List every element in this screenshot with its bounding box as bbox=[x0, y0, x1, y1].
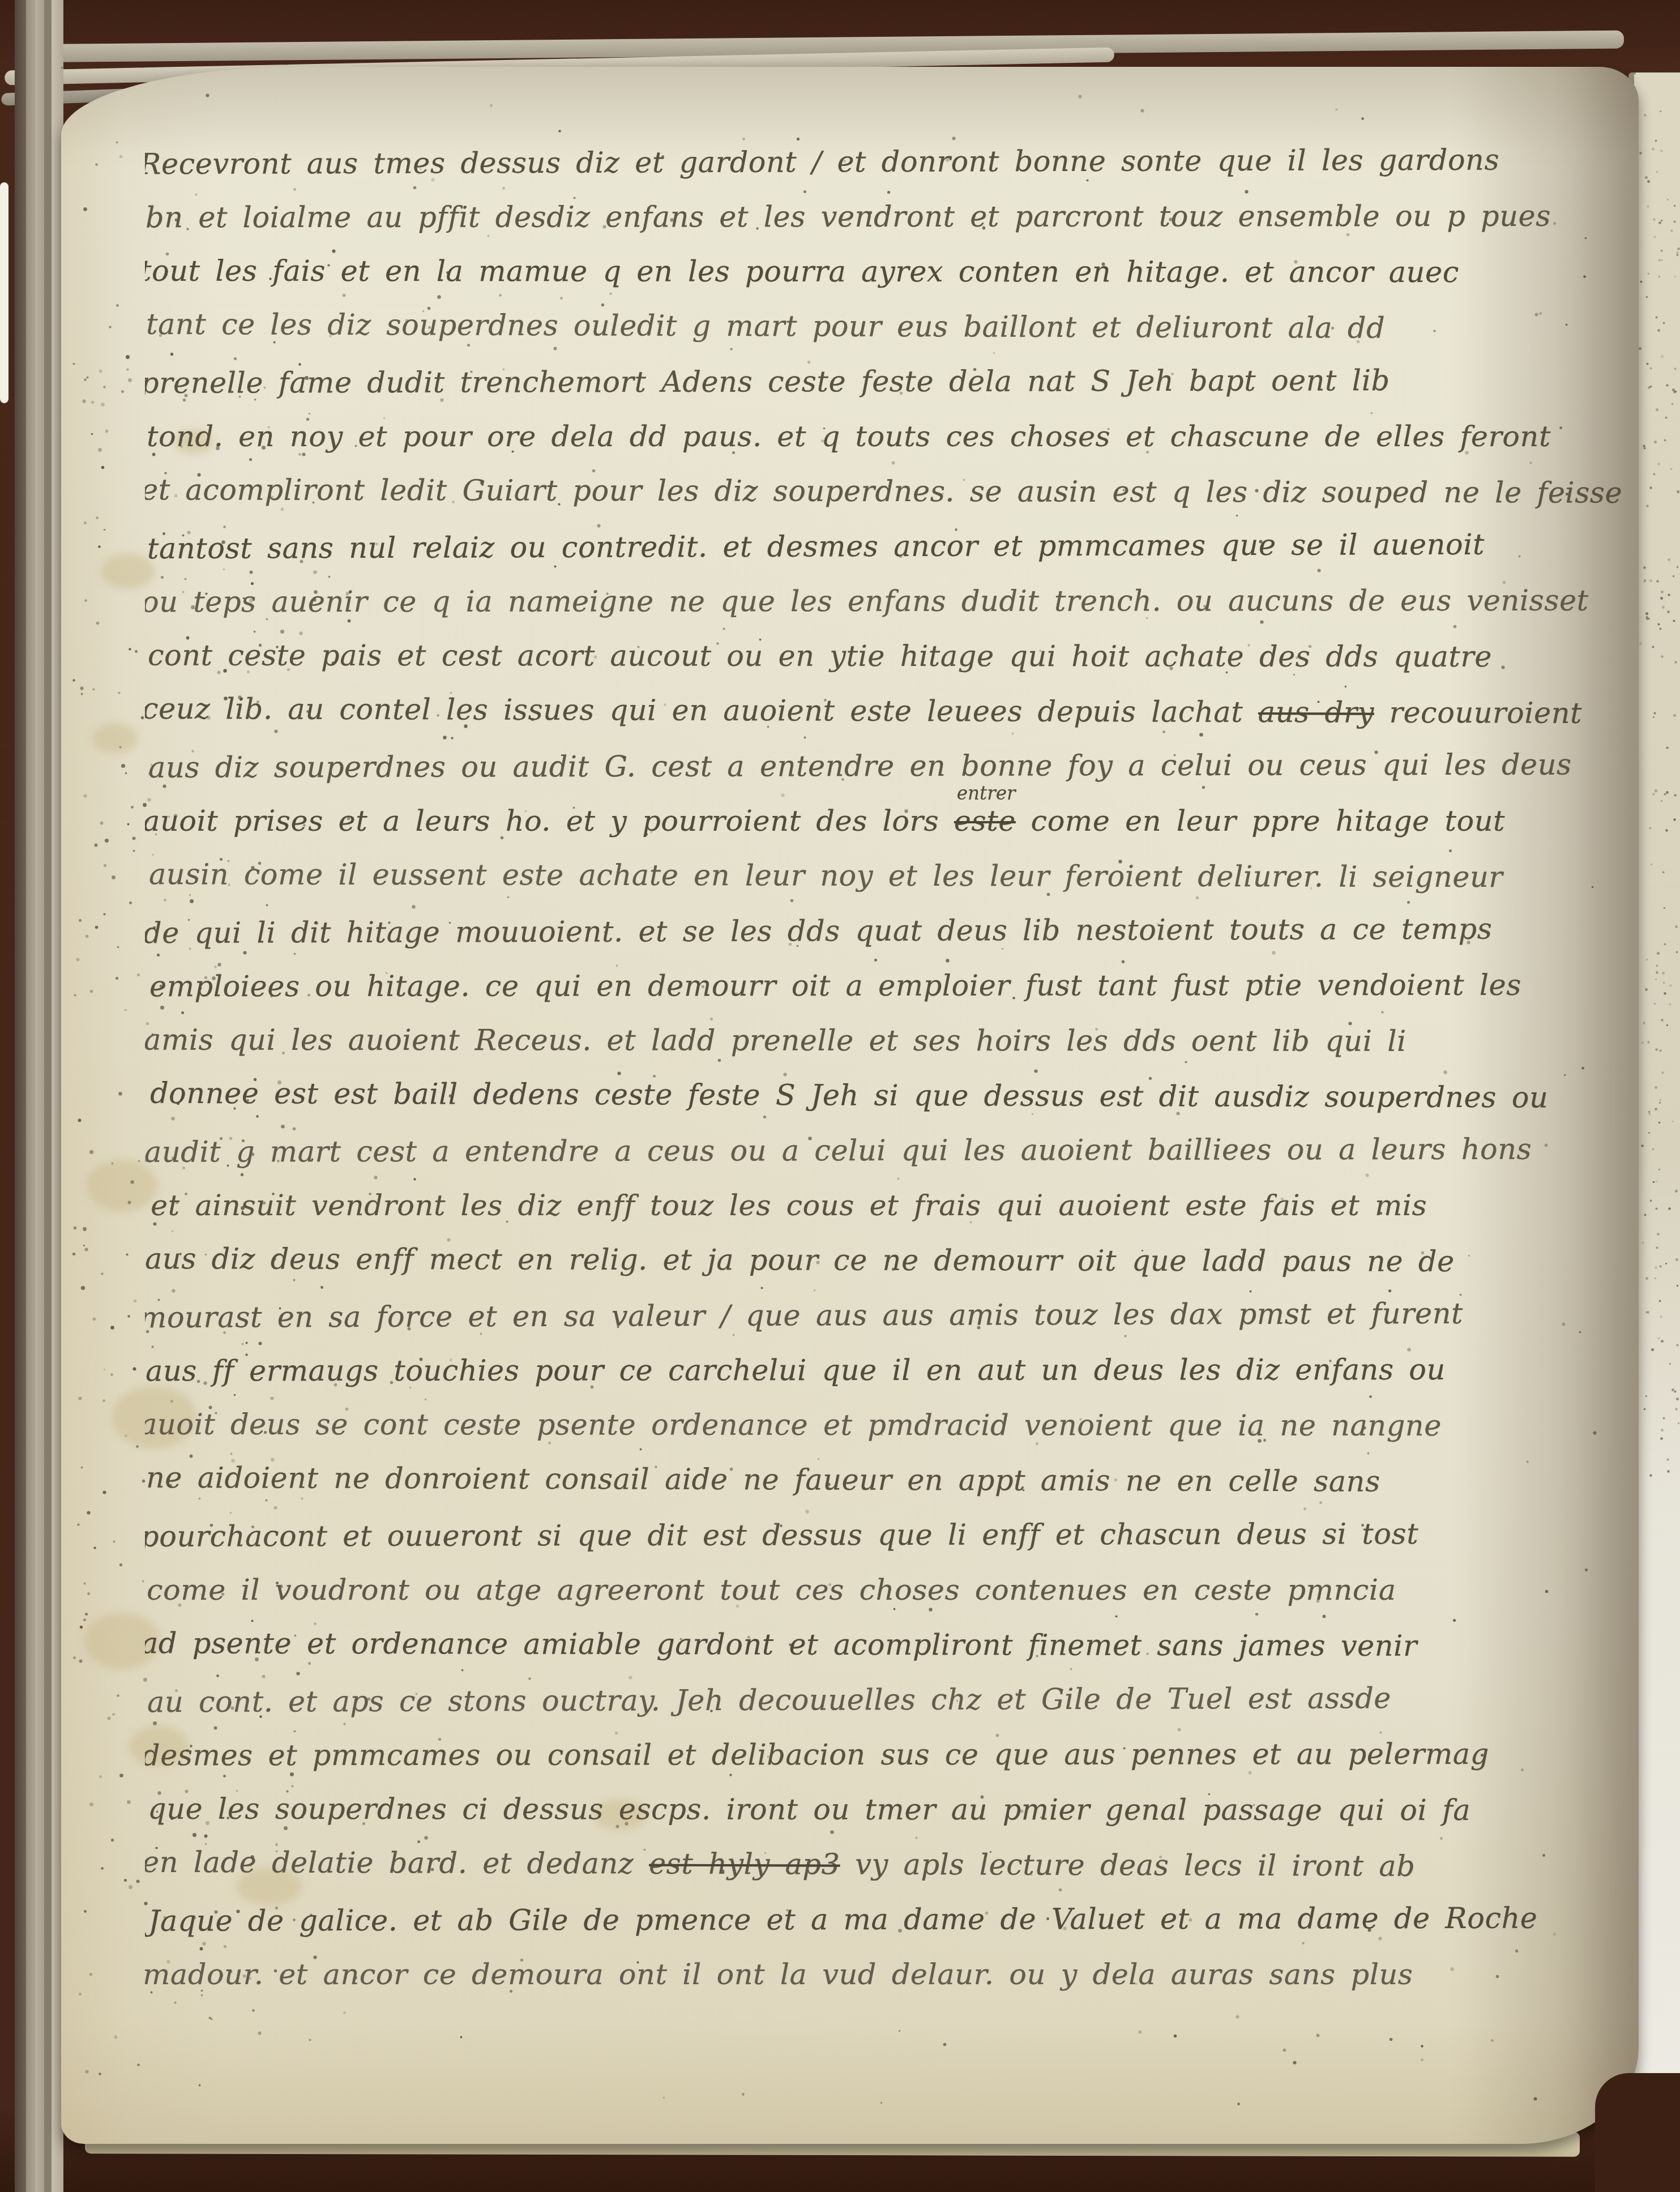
manuscript-line: et ainsuit vendront les diz enff touz le… bbox=[151, 1178, 1651, 1233]
manuscript-line: ausin come il eussent este achate en leu… bbox=[149, 847, 1651, 905]
line-text: come en leur ppre hitage tout bbox=[1016, 805, 1505, 838]
manuscript-photo: Recevront aus tmes dessus diz et gardont… bbox=[0, 0, 1680, 2192]
line-text: auoit prises et a leurs ho. et y pourroi… bbox=[145, 805, 954, 838]
line-text: desmes et pmmcames ou consail et delibac… bbox=[145, 1738, 1489, 1772]
manuscript-line: pourchacont et ouueront si que dit est d… bbox=[145, 1506, 1647, 1565]
manuscript-line: Recevront aus tmes dessus diz et gardont… bbox=[145, 135, 1645, 192]
manuscript-line: desmes et pmmcames ou consail et delibac… bbox=[145, 1727, 1648, 1784]
line-text: et acompliront ledit Guiart pour les diz… bbox=[145, 473, 1622, 510]
line-text: tantost sans nul relaiz ou contredit. et… bbox=[147, 528, 1485, 566]
page-edge-left bbox=[44, 0, 52, 2192]
manuscript-line: en lade delatie bard. et dedanz est hyly… bbox=[145, 1835, 1648, 1895]
manuscript-line: auoit prises et a leurs ho. et y pourroi… bbox=[145, 794, 1649, 849]
line-text: bn et loialme au pffit desdiz enfans et … bbox=[146, 200, 1551, 235]
line-text: aus ff ermaugs touchies pour ce carchelu… bbox=[146, 1353, 1446, 1388]
text-block: Recevront aus tmes dessus diz et gardont… bbox=[145, 135, 1651, 2071]
line-text: amis qui les auoient Receus. et ladd pre… bbox=[145, 1024, 1407, 1058]
manuscript-line: cont ceste pais et cest acort aucout ou … bbox=[148, 629, 1651, 685]
correction-site: entrereste bbox=[954, 794, 1016, 849]
parchment-page: Recevront aus tmes dessus diz et gardont… bbox=[61, 67, 1639, 2144]
line-text: tant ce les diz souperdnes ouledit g mar… bbox=[146, 308, 1385, 345]
line-text: audit g mart cest a entendre a ceus ou a… bbox=[145, 1133, 1532, 1169]
struck-text: aus dry bbox=[1258, 696, 1374, 730]
page-edge-left bbox=[35, 0, 44, 2192]
line-text: ad psente et ordenance amiable gardont e… bbox=[145, 1627, 1417, 1663]
line-text: donnee est est baill dedens ceste feste … bbox=[150, 1077, 1548, 1115]
manuscript-line: et acompliront ledit Guiart pour les diz… bbox=[145, 463, 1647, 521]
manuscript-line: ou teps auenir ce q ia nameigne ne que l… bbox=[145, 574, 1648, 630]
parchment-stain bbox=[92, 724, 138, 753]
line-text: et ainsuit vendront les diz enff touz le… bbox=[151, 1189, 1427, 1223]
line-text: ne aidoient ne donroient consail aide ne… bbox=[146, 1462, 1380, 1499]
line-text: aus diz souperdnes ou audit G. cest a en… bbox=[148, 749, 1572, 785]
manuscript-line: aus diz deus enff mect en relig. et ja p… bbox=[145, 1232, 1651, 1290]
manuscript-line: come il voudront ou atge agreeront tout … bbox=[147, 1563, 1651, 1618]
line-text: madour. et ancor ce demoura ont il ont l… bbox=[145, 1958, 1413, 1992]
manuscript-line: tantost sans nul relaiz ou contredit. et… bbox=[147, 517, 1651, 576]
line-text: que les souperdnes ci dessus escps. iron… bbox=[148, 1793, 1470, 1827]
manuscript-line: emploiees ou hitage. ce qui en demourr o… bbox=[149, 958, 1651, 1015]
line-text: vy apls lecture deas lecs il iront ab bbox=[840, 1848, 1415, 1883]
line-text: cont ceste pais et cest acort aucout ou … bbox=[148, 639, 1492, 674]
line-text: ceuz lib. au contel les issues qui en au… bbox=[145, 693, 1258, 729]
manuscript-line: bn et loialme au pffit desdiz enfans et … bbox=[146, 189, 1651, 246]
parchment-speckles bbox=[61, 67, 63, 69]
line-text: au cont. et aps ce stons ouctray. Jeh de… bbox=[147, 1682, 1391, 1719]
manuscript-line: tout les fais et en la mamue q en les po… bbox=[145, 244, 1646, 301]
manuscript-line: madour. et ancor ce demoura ont il ont l… bbox=[145, 1947, 1649, 2002]
manuscript-line: prenelle fame dudit trenchemort Adens ce… bbox=[145, 353, 1647, 411]
manuscript-line: amis qui les auoient Receus. et ladd pre… bbox=[145, 1013, 1650, 1070]
manuscript-line: mourast en sa force et en sa valeur / qu… bbox=[145, 1286, 1645, 1345]
line-text: mourast en sa force et en sa valeur / qu… bbox=[145, 1297, 1463, 1335]
manuscript-line: tond. en noy et pour ore dela dd paus. e… bbox=[147, 409, 1651, 464]
manuscript-line: ne aidoient ne donroient consail aide ne… bbox=[146, 1451, 1651, 1510]
line-text: auoit deus se cont ceste psente ordenanc… bbox=[145, 1408, 1442, 1443]
manuscript-line: donnee est est baill dedens ceste feste … bbox=[150, 1066, 1651, 1126]
struck-text: est hyly ap3 bbox=[649, 1848, 840, 1882]
binding-board-corner bbox=[1595, 2073, 1680, 2192]
line-text: recouuroient bbox=[1374, 697, 1582, 730]
line-text: tout les fais et en la mamue q en les po… bbox=[145, 255, 1459, 289]
manuscript-line: ceuz lib. au contel les issues qui en au… bbox=[145, 682, 1648, 741]
manuscript-line: de qui li dit hitage mouuoient. et se le… bbox=[145, 901, 1649, 961]
manuscript-line: tant ce les diz souperdnes ouledit g mar… bbox=[146, 297, 1651, 357]
line-text: come il voudront ou atge agreeront tout … bbox=[147, 1574, 1396, 1607]
line-text: en lade delatie bard. et dedanz bbox=[145, 1846, 649, 1881]
parchment-speckles bbox=[1634, 72, 1636, 74]
line-text: Recevront aus tmes dessus diz et gardont… bbox=[145, 144, 1499, 182]
manuscript-line: Jaque de galice. et ab Gile de pmence et… bbox=[148, 1891, 1651, 1949]
line-text: pourchacont et ouueront si que dit est d… bbox=[145, 1518, 1418, 1554]
manuscript-line: ad psente et ordenance amiable gardont e… bbox=[145, 1616, 1647, 1674]
line-text: ausin come il eussent este achate en leu… bbox=[149, 858, 1503, 894]
page-edge-left bbox=[26, 0, 35, 2192]
paper-sliver bbox=[0, 182, 8, 403]
binding-spine bbox=[15, 0, 26, 2192]
line-text: Jaque de galice. et ab Gile de pmence et… bbox=[148, 1902, 1538, 1938]
line-text: ou teps auenir ce q ia nameigne ne que l… bbox=[145, 584, 1589, 619]
struck-text: este bbox=[954, 805, 1016, 838]
manuscript-line: aus ff ermaugs touchies pour ce carchelu… bbox=[146, 1343, 1651, 1399]
line-text: emploiees ou hitage. ce qui en demourr o… bbox=[149, 969, 1521, 1004]
manuscript-line: au cont. et aps ce stons ouctray. Jeh de… bbox=[147, 1670, 1651, 1730]
manuscript-line: auoit deus se cont ceste psente ordenanc… bbox=[145, 1398, 1646, 1454]
line-text: tond. en noy et pour ore dela dd paus. e… bbox=[147, 420, 1551, 454]
interlinear-insertion: entrer bbox=[957, 784, 1016, 803]
manuscript-line: que les souperdnes ci dessus escps. iron… bbox=[148, 1782, 1651, 1839]
manuscript-line: audit g mart cest a entendre a ceus ou a… bbox=[145, 1122, 1651, 1180]
line-text: de qui li dit hitage mouuoient. et se le… bbox=[145, 913, 1492, 950]
manuscript-line: aus diz souperdnes ou audit G. cest a en… bbox=[148, 737, 1651, 796]
line-text: aus diz deus enff mect en relig. et ja p… bbox=[145, 1242, 1455, 1279]
line-text: prenelle fame dudit trenchemort Adens ce… bbox=[145, 364, 1390, 400]
